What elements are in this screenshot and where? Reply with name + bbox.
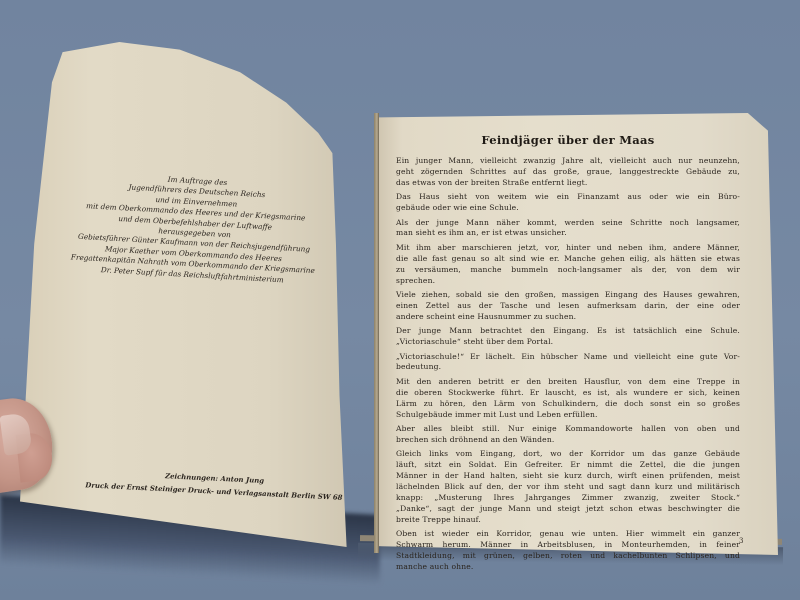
text-line: „Victoriaschule“ steht über dem Portal.	[396, 337, 740, 348]
text-line: knapp: „Musterung Ihres Jahrganges Zimme…	[396, 493, 740, 504]
paragraph: Mit den anderen betritt er den breiten H…	[396, 377, 740, 421]
paragraph: „Victoriaschule!“ Er lächelt. Ein hübsch…	[396, 352, 740, 374]
paragraphs: Ein junger Mann, vielleicht zwanzig Jahr…	[396, 156, 740, 573]
text-line: Lärm zu hören, den Lärm von Schulkindern…	[396, 399, 740, 410]
text-line: Oben ist wieder ein Korridor, genau wie …	[396, 529, 740, 540]
paragraph: Oben ist wieder ein Korridor, genau wie …	[396, 529, 740, 573]
text-line: Als der junge Mann näher kommt, werden s…	[396, 218, 740, 229]
text-line: sprechen.	[396, 276, 740, 287]
book-spine	[374, 113, 379, 553]
text-line: brechen sich dröhnend an den Wänden.	[396, 435, 740, 446]
text-line: man sieht es ihm an, er ist etwas unsich…	[396, 228, 740, 239]
text-line: Mit ihm aber marschieren jetzt, vor, hin…	[396, 243, 740, 254]
paragraph: Mit ihm aber marschieren jetzt, vor, hin…	[396, 243, 740, 287]
text-line: „Victoriaschule!“ Er lächelt. Ein hübsch…	[396, 352, 740, 363]
text-line: bedeutung.	[396, 362, 740, 373]
text-line: Stadtkleidung, mit grünen, gelben, roten…	[396, 551, 740, 562]
paragraph: Viele ziehen, sobald sie den großen, mas…	[396, 290, 740, 323]
text-line: Schulgebäude immer mit Lust und Leben er…	[396, 410, 740, 421]
text-line: Das Haus sieht von weitem wie ein Finanz…	[396, 192, 740, 203]
text-line: Männer in der Hand halten, sieht sie kur…	[396, 471, 740, 482]
paragraph: Gleich links vom Eingang, dort, wo der K…	[396, 449, 740, 525]
paragraph: Der junge Mann betrachtet den Eingang. E…	[396, 326, 740, 348]
text-line: einen Zettel aus der Tasche und lesen au…	[396, 301, 740, 312]
paragraph: Ein junger Mann, vielleicht zwanzig Jahr…	[396, 156, 740, 189]
text-line: Viele ziehen, sobald sie den großen, mas…	[396, 290, 740, 301]
text-line: gebäude oder wie eine Schule.	[396, 203, 740, 214]
text-line: lächelnden Blick auf den, der vor ihm st…	[396, 482, 740, 493]
page-number: 3	[739, 537, 743, 545]
text-line: Der junge Mann betrachtet den Eingang. E…	[396, 326, 740, 337]
imprint-block: Im Auftrage des Jugendführers des Deutsc…	[42, 168, 347, 289]
text-line: Schwarm herum. Männer in Arbeitsblusen, …	[396, 540, 740, 551]
text-line: die alle fast genau so alt sind wie er. …	[396, 254, 740, 265]
text-line: das etwas von der breiten Straße entfern…	[396, 178, 740, 189]
text-line: Gleich links vom Eingang, dort, wo der K…	[396, 449, 740, 460]
text-line: manche auch ohne.	[396, 562, 740, 573]
text-line: die oberen Stockwerke führt. Er lauscht,…	[396, 388, 740, 399]
text-line: läuft, sitzt ein Soldat. Ein Gefreiter. …	[396, 460, 740, 471]
paragraph: Das Haus sieht von weitem wie ein Finanz…	[396, 192, 740, 214]
text-line: breite Treppe hinauf.	[396, 515, 740, 526]
text-line: Aber alles bleibt still. Nur einige Komm…	[396, 424, 740, 435]
text-line: „Danke“, sagt der junge Mann und steigt …	[396, 504, 740, 515]
text-line: zu versäumen, manche bummeln noch-langsa…	[396, 265, 740, 276]
chapter-title: Feindjäger über der Maas	[396, 133, 740, 147]
paragraph: Als der junge Mann näher kommt, werden s…	[396, 218, 740, 240]
text-line: Ein junger Mann, vielleicht zwanzig Jahr…	[396, 156, 740, 167]
text-line: andere scheint eine Hausnummer zu suchen…	[396, 312, 740, 323]
text-line: Mit den anderen betritt er den breiten H…	[396, 377, 740, 388]
paragraph: Aber alles bleibt still. Nur einige Komm…	[396, 424, 740, 446]
story-text: Feindjäger über der Maas Ein junger Mann…	[396, 130, 740, 576]
text-line: geht zögernden Schrittes auf das große, …	[396, 167, 740, 178]
